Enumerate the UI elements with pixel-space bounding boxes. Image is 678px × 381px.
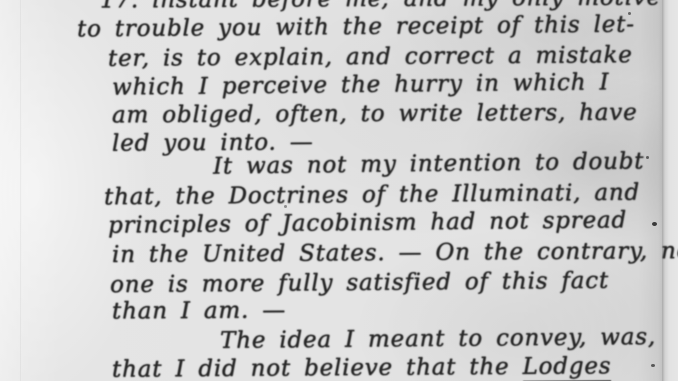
handwritten-line-8: that, the Doctrines of the Illuminati, a… [104,180,640,211]
handwritten-line-13-paragraph-start: The idea I meant to convey, was, [220,324,656,354]
ink-speck [646,156,649,159]
handwritten-line-2: to trouble you with the receipt of this … [77,12,635,43]
handwritten-line-14: that I did not believe that the Lodges [112,353,611,381]
ink-speck [652,222,657,226]
handwritten-line-11: one is more fully satisfied of this fact [110,268,609,298]
scanned-letter-page: 17. instant before me; and my only motiv… [0,0,678,381]
handwritten-line-4: which I perceive the hurry in which I [112,69,610,100]
ink-speck [628,12,631,15]
underlined-word-lodges: Lodges [522,353,611,381]
ink-speck [284,205,287,208]
handwritten-line-9: principles of Jacobinism had not spread [108,207,627,238]
handwritten-line-12: than I am. — [112,298,286,325]
handwritten-line-7-paragraph-start: It was not my intention to doubt [213,148,645,179]
handwritten-line-10: in the United States. — On the contrary,… [112,238,678,268]
line-14-text: that I did not believe that the [112,354,523,381]
handwritten-text-block: 17. instant before me; and my only motiv… [0,0,678,381]
handwritten-line-5: am obliged, often, to write letters, hav… [112,100,638,129]
ink-speck [651,364,655,367]
handwritten-line-3: ter, is to explain, and correct a mistak… [108,42,633,72]
